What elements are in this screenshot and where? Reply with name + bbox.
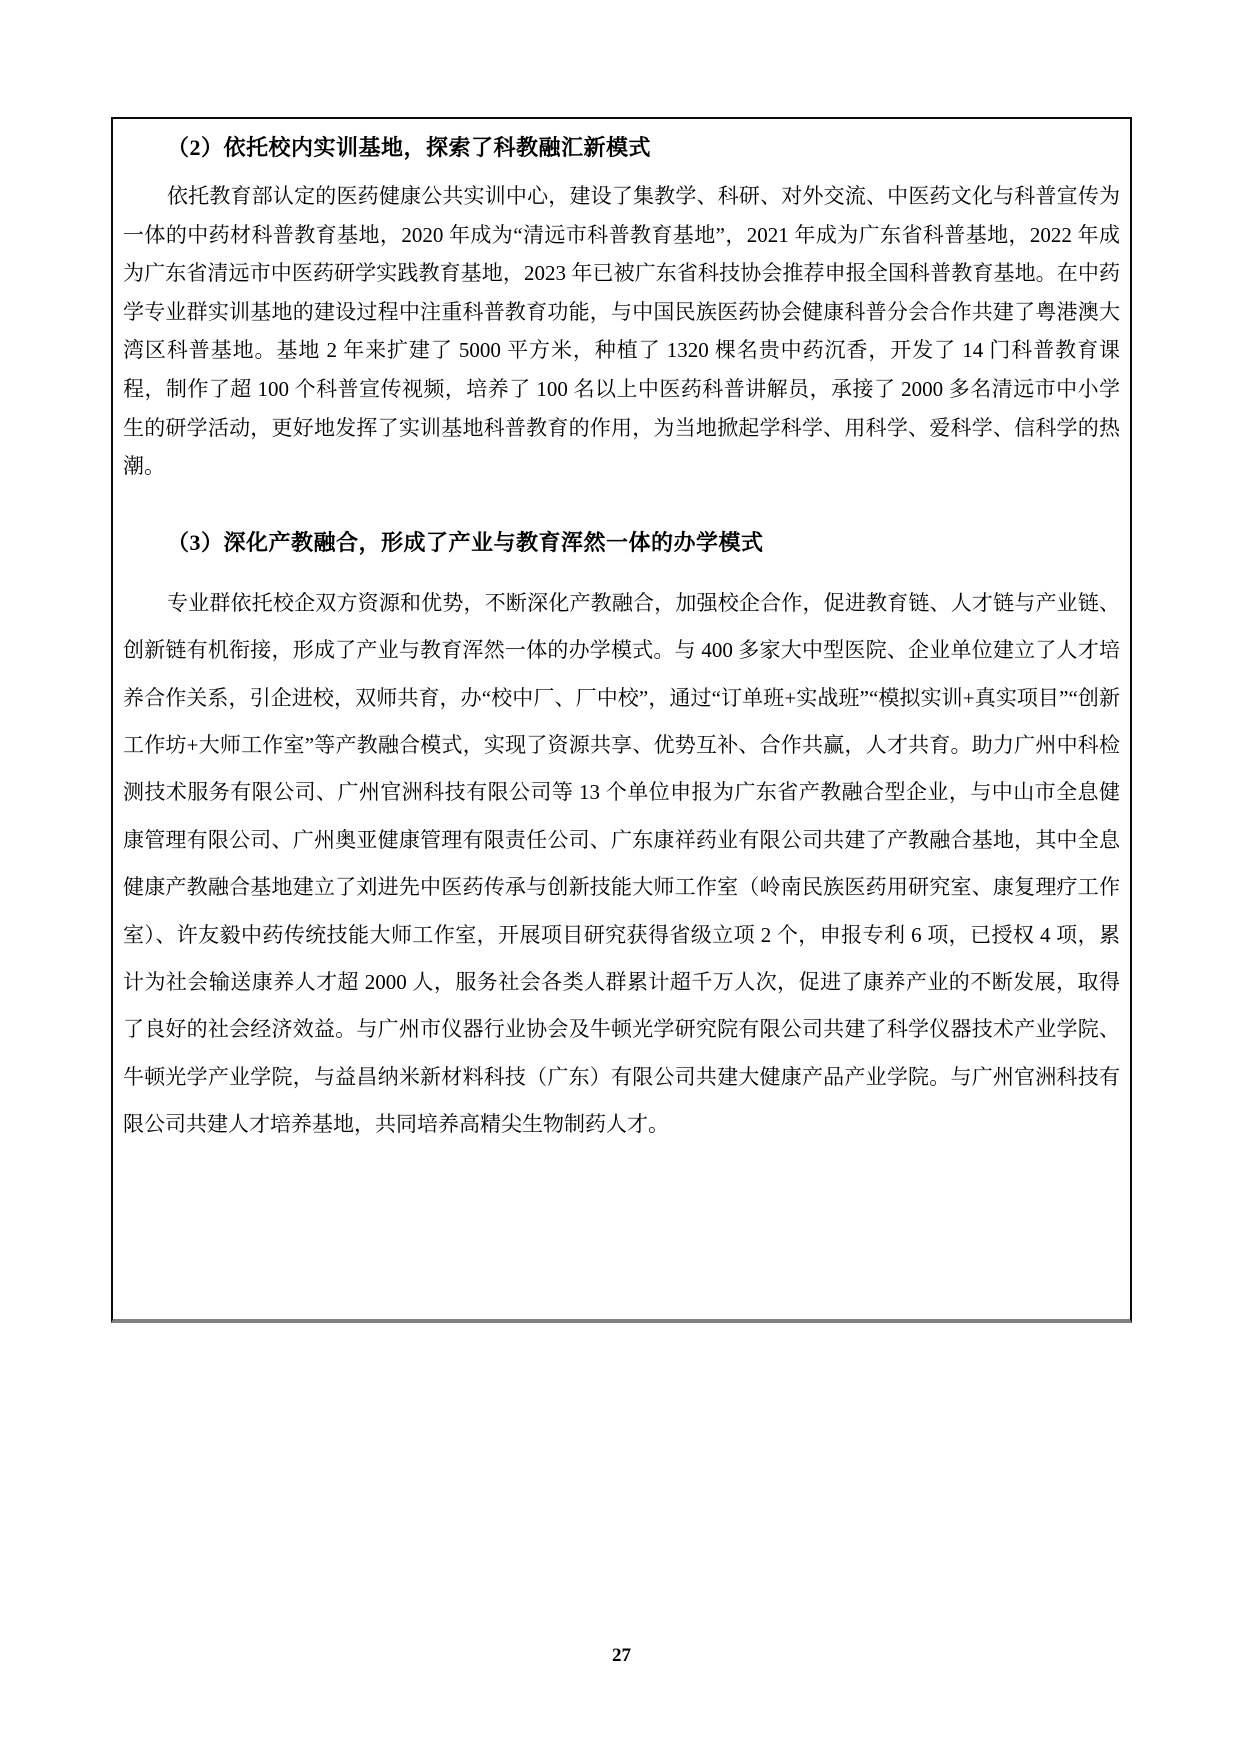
section-2-paragraph: 依托教育部认定的医药健康公共实训中心，建设了集教学、科研、对外交流、中医药文化与… [123, 177, 1120, 486]
document-page: （2）依托校内实训基地，探索了科教融汇新模式 依托教育部认定的医药健康公共实训中… [0, 0, 1240, 1753]
section-heading-3: （3）深化产教融合，形成了产业与教育浑然一体的办学模式 [123, 528, 1120, 558]
bordered-text-box: （2）依托校内实训基地，探索了科教融汇新模式 依托教育部认定的医药健康公共实训中… [111, 117, 1132, 1323]
section-heading-2: （2）依托校内实训基地，探索了科教融汇新模式 [123, 133, 1120, 163]
page-number: 27 [111, 1645, 1132, 1667]
section-3-paragraph: 专业群依托校企双方资源和优势，不断深化产教融合，加强校企合作，促进教育链、人才链… [123, 580, 1120, 1149]
